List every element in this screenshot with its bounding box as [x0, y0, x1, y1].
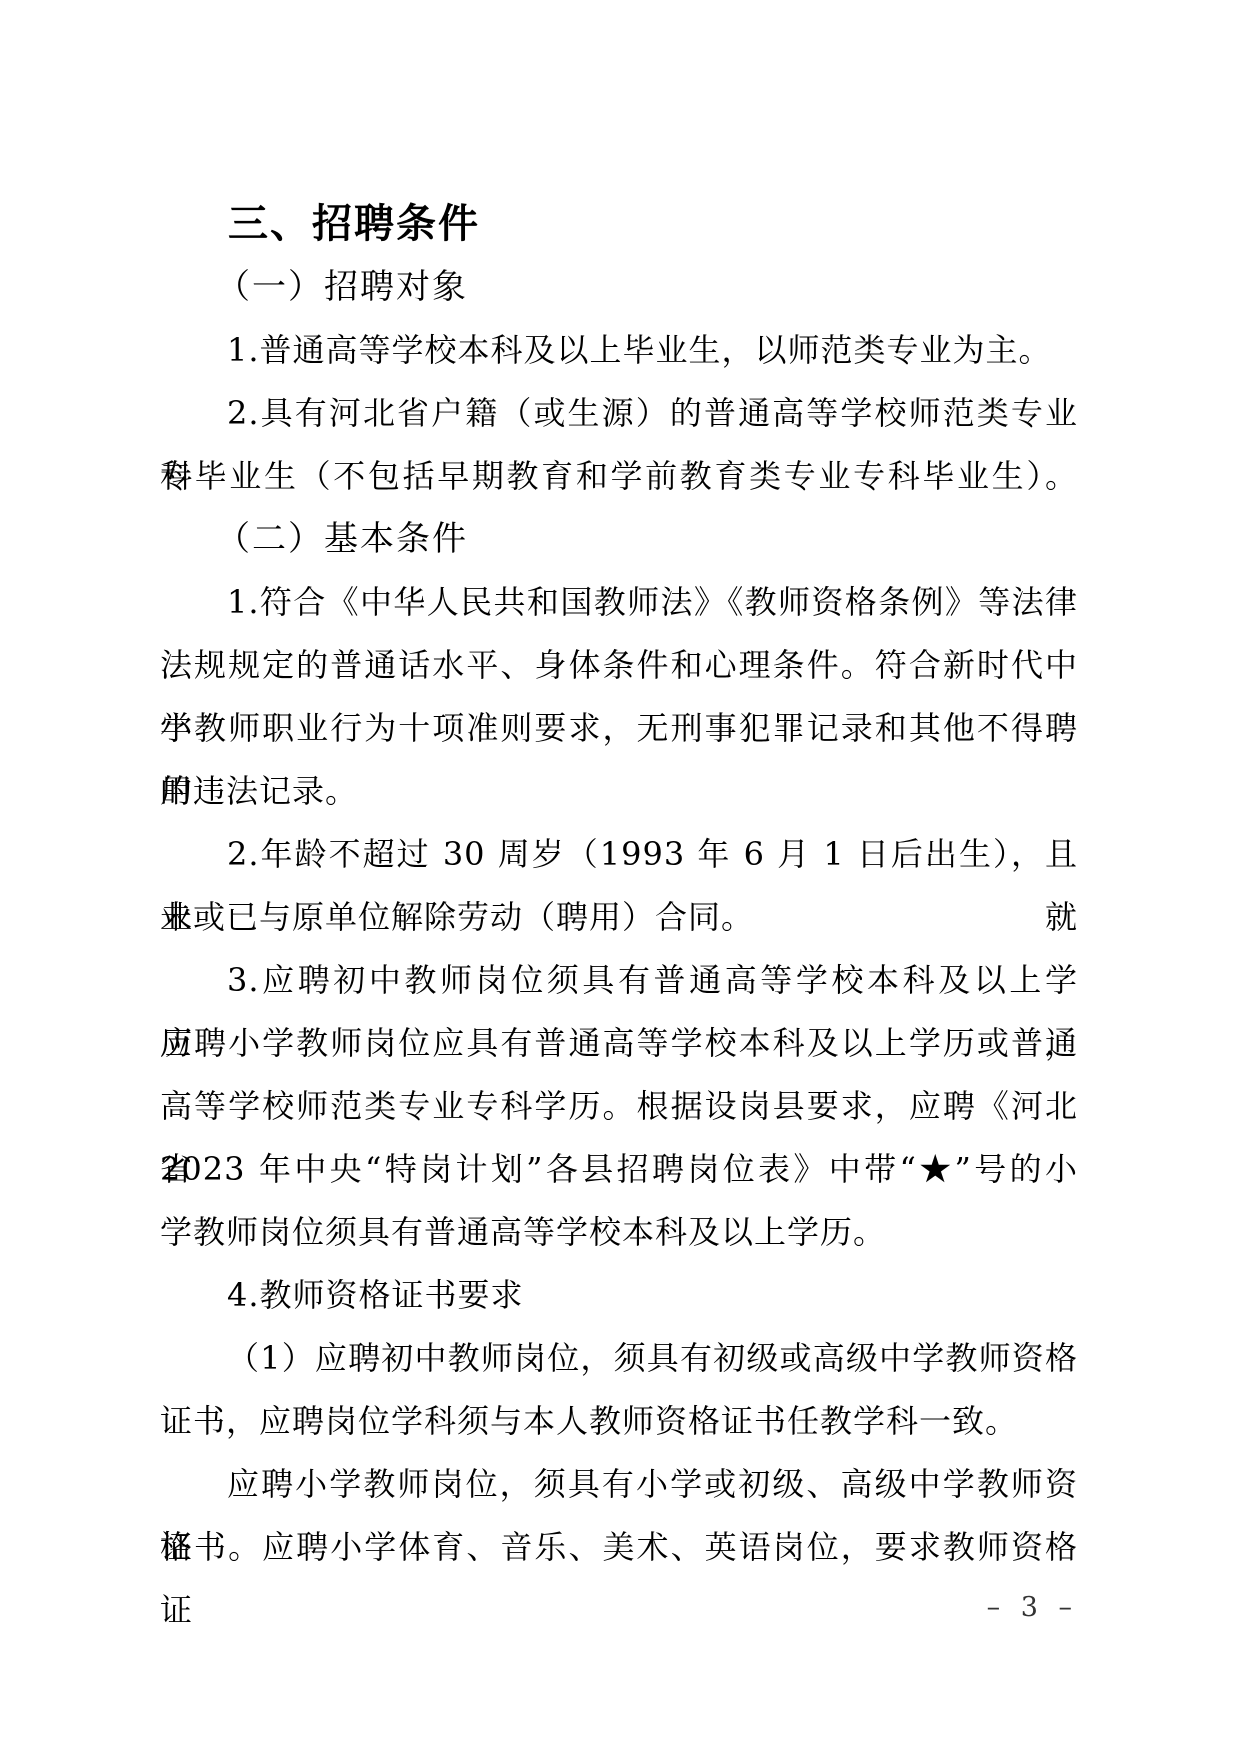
text-line: 学教师职业行为十项准则要求，无刑事犯罪记录和其他不得聘用 — [160, 697, 1078, 760]
text-line: 学教师岗位须具有普通高等学校本科及以上学历。 — [160, 1201, 1078, 1264]
subsection-heading: （二）基本条件 — [160, 508, 1078, 571]
text-line: 证书，应聘岗位学科须与本人教师资格证书任教学科一致。 — [160, 1390, 1078, 1453]
text-line: 应聘小学教师岗位应具有普通高等学校本科及以上学历或普通 — [160, 1012, 1078, 1075]
text-line: 4.教师资格证书要求 — [160, 1264, 1078, 1327]
document-page: 三、招聘条件 （一）招聘对象 1.普通高等学校本科及以上毕业生，以师范类专业为主… — [0, 0, 1241, 1755]
text-line: 证书。应聘小学体育、音乐、美术、英语岗位，要求教师资格证 — [160, 1516, 1078, 1579]
text-line: 法规规定的普通话水平、身体条件和心理条件。符合新时代中小 — [160, 634, 1078, 697]
text-line: 3.应聘初中教师岗位须具有普通高等学校本科及以上学历， — [160, 949, 1078, 1012]
text-line: 应聘小学教师岗位，须具有小学或初级、高级中学教师资格 — [160, 1453, 1078, 1516]
subsection-heading: （一）招聘对象 — [160, 256, 1078, 319]
text-line: 高等学校师范类专业专科学历。根据设岗县要求，应聘《河北省 — [160, 1075, 1078, 1138]
section-heading: 三、招聘条件 — [160, 193, 1078, 256]
text-line: 科毕业生（不包括早期教育和学前教育类专业专科毕业生）。 — [160, 445, 1078, 508]
text-line: 2.年龄不超过 30 周岁（1993 年 6 月 1 日后出生），且未就 — [160, 823, 1078, 886]
text-line: 1.普通高等学校本科及以上毕业生，以师范类专业为主。 — [160, 319, 1078, 382]
text-line: （1）应聘初中教师岗位，须具有初级或高级中学教师资格 — [160, 1327, 1078, 1390]
document-body: 三、招聘条件 （一）招聘对象 1.普通高等学校本科及以上毕业生，以师范类专业为主… — [160, 193, 1078, 1579]
page-number: – 3 – — [987, 1593, 1078, 1623]
text-line: 2.具有河北省户籍（或生源）的普通高等学校师范类专业专 — [160, 382, 1078, 445]
text-line: 1.符合《中华人民共和国教师法》《教师资格条例》等法律 — [160, 571, 1078, 634]
text-line: 2023 年中央“特岗计划”各县招聘岗位表》中带“★”号的小 — [160, 1138, 1078, 1201]
text-line: 的违法记录。 — [160, 760, 1078, 823]
